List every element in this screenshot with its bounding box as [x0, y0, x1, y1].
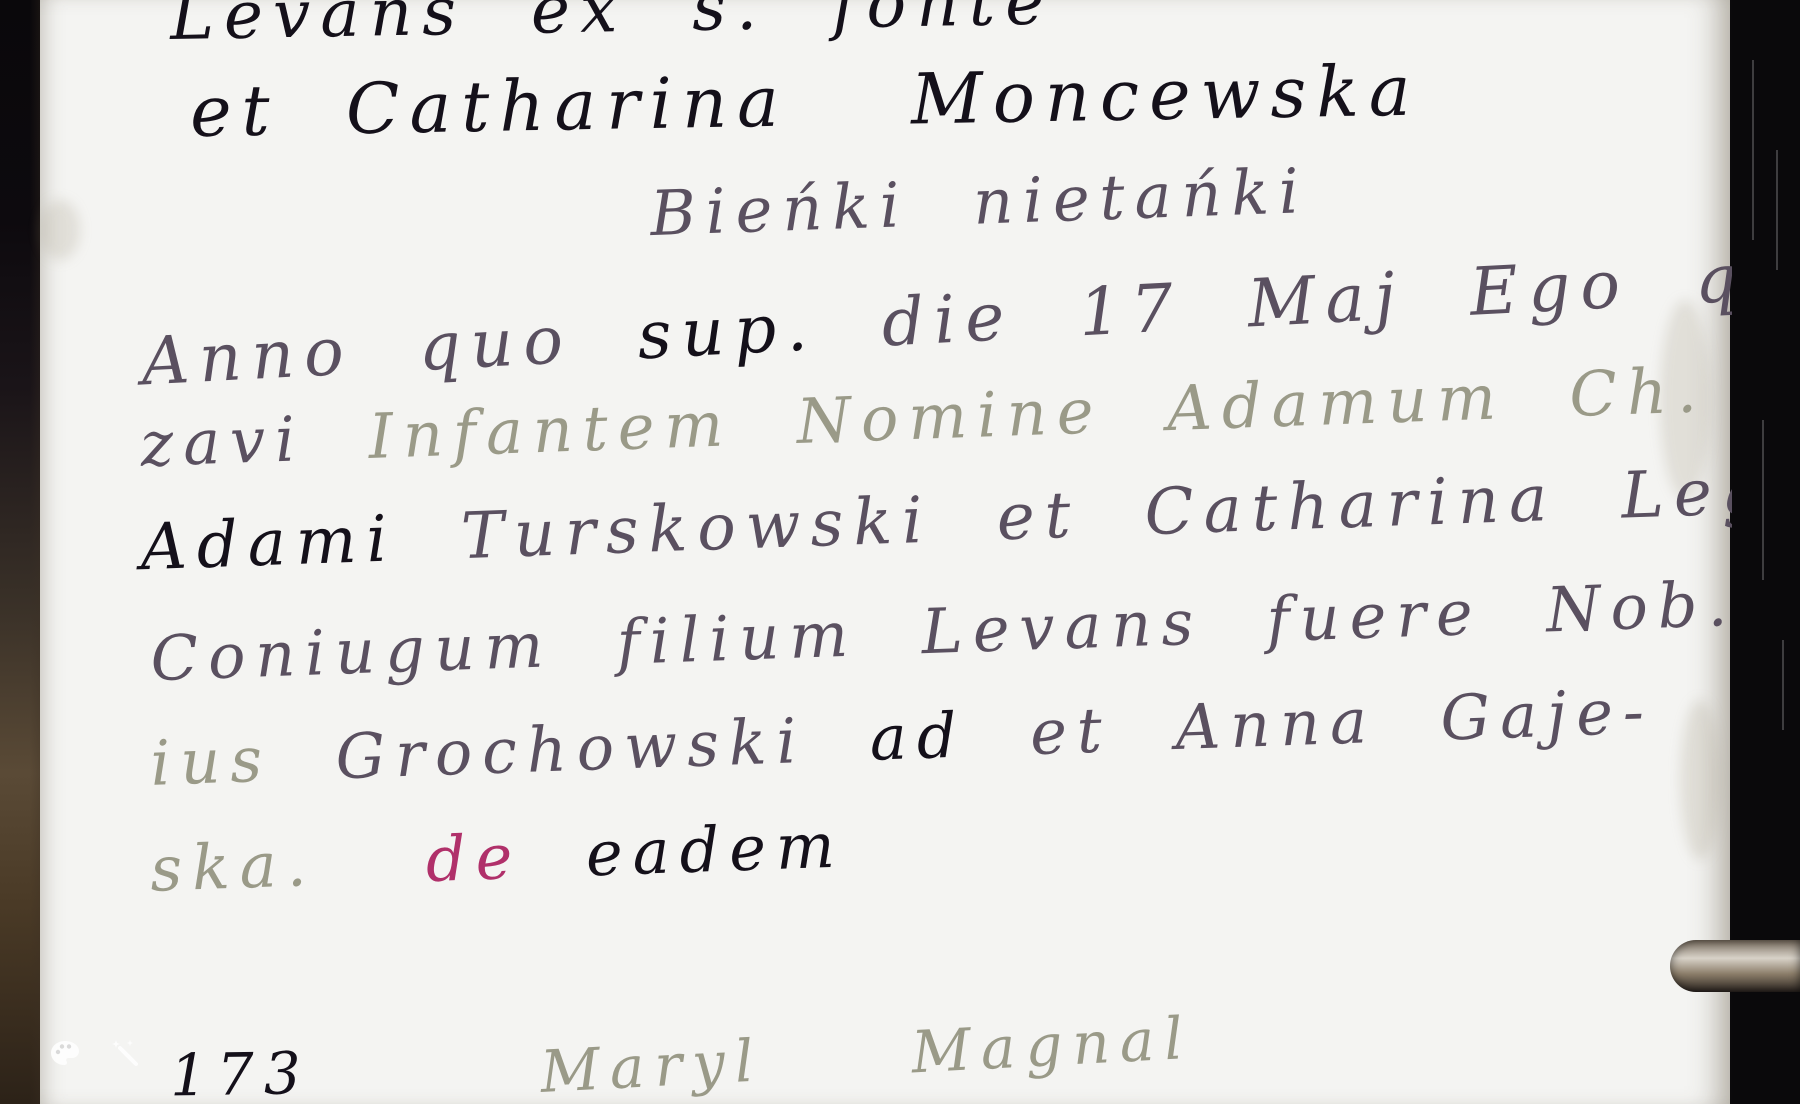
word: sup. [636, 288, 819, 374]
word: Adami [139, 502, 398, 585]
word: Anno [139, 312, 355, 400]
word: fuere [1265, 576, 1483, 656]
word: Maj [1246, 257, 1407, 342]
word: Moncewska [910, 50, 1421, 141]
palette-icon [50, 1040, 80, 1066]
word: zavi [139, 402, 306, 481]
word: Levans [920, 586, 1204, 669]
word: et [189, 69, 280, 153]
word: Anna [1174, 684, 1378, 764]
magic-wand-icon [110, 1038, 140, 1068]
word: eadem [585, 808, 846, 890]
word: de [425, 820, 524, 896]
signature: Maryl Magnal [539, 1002, 1229, 1104]
document-viewer: Levans ex s. fonte et Catharina Moncewsk… [0, 0, 1800, 1104]
word: Catharina [345, 61, 789, 151]
word: 17 [1077, 269, 1185, 351]
binding-wear [1782, 640, 1784, 730]
handwritten-line: Bieńki nietańki [649, 153, 1344, 250]
word: Gaje- [1439, 674, 1655, 754]
page-number: 173 [169, 1038, 345, 1104]
word: Adamum [1166, 360, 1507, 445]
binding-wear [1752, 60, 1754, 240]
word: Nob. [1545, 567, 1738, 647]
viewer-toolbar [48, 1036, 142, 1070]
word: fonte [831, 0, 1055, 43]
handwritten-line: ska. de eadem [149, 807, 880, 905]
word: Catharina [1143, 462, 1558, 550]
word: Ego [1468, 246, 1632, 331]
word: Ch. [1568, 353, 1708, 431]
word: Coniugum [149, 608, 554, 695]
handwritten-line: ius Grochowski ad et Anna Gaje- [149, 673, 1689, 800]
word: Grochowski [334, 704, 807, 793]
word: ad [869, 698, 968, 774]
handwritten-line: Coniugum filium Levans fuere Nob. Jan- [149, 558, 1800, 695]
enhance-button[interactable] [108, 1036, 142, 1070]
word: nietańki [972, 154, 1310, 239]
word: filium [616, 598, 860, 679]
palette-button[interactable] [48, 1036, 82, 1070]
word: Bieńki [649, 168, 911, 250]
word: ex [530, 0, 628, 49]
book-binding-right [1732, 0, 1800, 1104]
register-page: Levans ex s. fonte et Catharina Moncewsk… [40, 0, 1730, 1104]
book-clasp [1670, 940, 1800, 992]
paper-stain [40, 200, 80, 260]
word: die [880, 278, 1016, 362]
word: Maryl [539, 1026, 765, 1104]
word: quo [416, 301, 574, 386]
handwritten-line: et Catharina Moncewska [189, 49, 1455, 153]
word: Infantem [367, 387, 734, 473]
word: s. [691, 0, 767, 46]
word: Levans [169, 0, 466, 55]
word: ius [149, 723, 273, 800]
binding-wear [1762, 420, 1764, 580]
word: et [995, 479, 1081, 556]
word: ska. [149, 827, 318, 906]
word: et [1029, 693, 1113, 769]
word: Magnal [910, 1004, 1195, 1087]
binding-wear [1776, 150, 1778, 270]
word: 173 [169, 1039, 311, 1104]
word: Nomine [795, 374, 1104, 458]
handwritten-line: Levans ex s. fonte [169, 0, 1088, 55]
word: Turskowski [460, 484, 934, 574]
